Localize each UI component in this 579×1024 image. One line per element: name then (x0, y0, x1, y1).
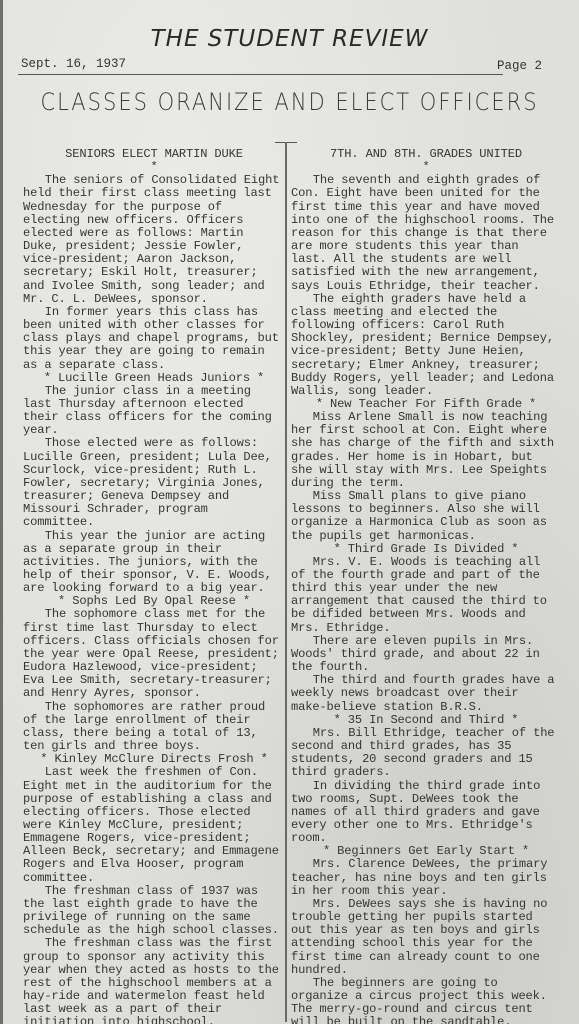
paragraph: The third and fourth grades have a weekl… (291, 674, 561, 713)
subheading: * 35 In Second and Third * (291, 714, 561, 727)
paragraph: The beginners are going to organize a ci… (291, 977, 561, 1024)
paragraph: The freshman class of 1937 was the last … (23, 885, 285, 938)
paragraph: In former years this class has been unit… (23, 306, 285, 372)
paragraph: The seventh and eighth grades of Con. Ei… (291, 174, 561, 292)
paragraph: Mrs. Bill Ethridge, teacher of the secon… (291, 727, 561, 780)
newspaper-page: THE STUDENT REVIEW Sept. 16, 1937 Page 2… (0, 0, 579, 1024)
paragraph: The eighth graders have held a class mee… (291, 293, 561, 398)
page-number: Page 2 (497, 59, 542, 73)
paragraph: Those elected were as follows: Lucille G… (23, 437, 285, 529)
paragraph: The freshman class was the first group t… (23, 937, 285, 1024)
page-headline: CLASSES ORANIZE AND ELECT OFFICERS (0, 88, 579, 116)
issue-date: Sept. 16, 1937 (21, 57, 126, 71)
masthead-rule (18, 74, 503, 75)
paragraph: The seniors of Consolidated Eight held t… (23, 174, 285, 306)
masthead-title: THE STUDENT REVIEW (0, 26, 579, 52)
paragraph: This year the junior are acting as a sep… (23, 530, 285, 596)
paragraph: The junior class in a meeting last Thurs… (23, 385, 285, 438)
article-body: The seventh and eighth grades of Con. Ei… (291, 174, 561, 1024)
paragraph: Mrs. V. E. Woods is teaching all of the … (291, 556, 561, 635)
paragraph: Miss Arlene Small is now teaching her fi… (291, 411, 561, 490)
paragraph: Last week the freshmen of Con. Eight met… (23, 766, 285, 884)
left-column: SENIORS ELECT MARTIN DUKE * The seniors … (23, 148, 285, 1024)
paragraph: The sophomores are rather proud of the l… (23, 701, 285, 754)
article-body: The seniors of Consolidated Eight held t… (23, 174, 285, 1024)
right-column: 7TH. AND 8TH. GRADES UNITED * The sevent… (291, 148, 561, 1024)
paragraph: In dividing the third grade into two roo… (291, 780, 561, 846)
subheading: * Lucille Green Heads Juniors * (23, 372, 285, 385)
subheading: * Third Grade Is Divided * (291, 543, 561, 556)
paragraph: There are eleven pupils in Mrs. Woods' t… (291, 635, 561, 674)
column-divider (285, 142, 287, 1022)
paragraph: Mrs. DeWees says she is having no troubl… (291, 898, 561, 977)
paragraph: The sophomore class met for the first ti… (23, 608, 285, 700)
page-edge (0, 0, 3, 1024)
paragraph: Mrs. Clarence DeWees, the primary teache… (291, 858, 561, 897)
paragraph: Miss Small plans to give piano lessons t… (291, 490, 561, 543)
